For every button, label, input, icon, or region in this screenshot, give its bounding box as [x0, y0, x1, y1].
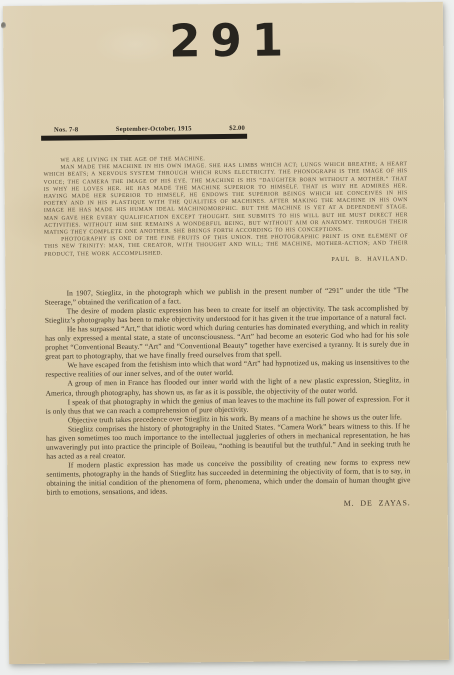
issue-price: $2.00 [229, 125, 245, 132]
masthead-row: Nos. 7-8 September-October, 1915 $2.00 [41, 125, 247, 134]
masthead-rule [41, 134, 247, 140]
magazine-page: 291 Nos. 7-8 September-October, 1915 $2.… [3, 2, 449, 664]
paragraph: MAN MADE THE MACHINE IN HIS OWN IMAGE. S… [43, 161, 408, 237]
dezayas-signature: M. DE ZAYAS. [47, 498, 411, 511]
pin-mark [1, 22, 6, 29]
scan-background: 291 Nos. 7-8 September-October, 1915 $2.… [0, 0, 454, 675]
page-title: 291 [3, 16, 443, 65]
masthead: Nos. 7-8 September-October, 1915 $2.00 [41, 125, 247, 140]
paragraph: PHOTOGRAPHY IS ONE OF THE FINE FRUITS OF… [44, 233, 408, 258]
dezayas-essay: In 1907, Stieglitz, in the photograph wh… [45, 285, 411, 511]
issue-number: Nos. 7-8 [54, 126, 78, 133]
haviland-statement: WE ARE LIVING IN THE AGE OF THE MACHINE.… [43, 154, 408, 267]
paragraph: He has surpassed “Art,” that idiotic wor… [45, 321, 409, 361]
paragraph: If modern plastic expression has made us… [46, 457, 410, 497]
haviland-signature: PAUL B. HAVILAND. [44, 257, 408, 268]
paragraph: Stieglitz comprises the history of photo… [46, 421, 410, 461]
issue-date: September-October, 1915 [116, 125, 192, 133]
